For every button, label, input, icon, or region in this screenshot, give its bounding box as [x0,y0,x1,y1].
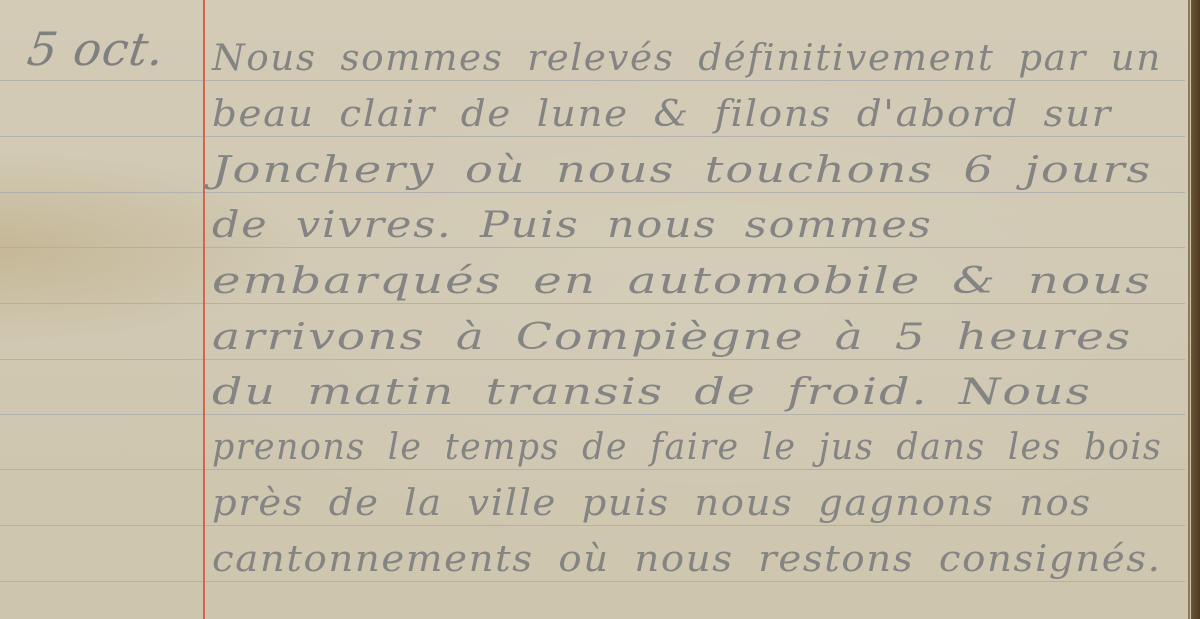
page-edge [1188,0,1190,619]
ruled-line [0,303,1185,304]
ruled-line [0,469,1185,470]
notebook-binding-edge [1191,0,1200,619]
handwritten-line-3: Jonchery où nous touchons 6 jours [212,150,1152,191]
ruled-line [0,359,1185,360]
notebook-page: 5 oct. Nous sommes relevés définitivemen… [0,0,1190,619]
handwritten-line-6: arrivons à Compiègne à 5 heures [212,317,1132,358]
ruled-line [0,581,1185,582]
handwritten-line-4: de vivres. Puis nous sommes [212,205,932,246]
handwritten-line-9: près de la ville puis nous gagnons nos [212,483,1092,524]
handwritten-line-10: cantonnements où nous restons consignés. [212,539,1162,580]
handwritten-line-7: du matin transis de froid. Nous [212,372,1092,413]
handwritten-line-5: embarqués en automobile & nous [212,261,1152,302]
margin-date: 5 oct. [24,22,168,76]
ruled-line [0,525,1185,526]
ruled-line [0,414,1185,415]
ruled-line [0,192,1185,193]
handwritten-line-1: Nous sommes relevés définitivement par u… [212,38,1162,79]
ruled-line [0,136,1185,137]
ruled-line [0,247,1185,248]
red-margin-line [203,0,205,619]
ruled-line [0,80,1185,81]
handwritten-line-2: beau clair de lune & filons d'abord sur [212,94,1112,135]
handwritten-line-8: prenons le temps de faire le jus dans le… [212,427,1162,468]
